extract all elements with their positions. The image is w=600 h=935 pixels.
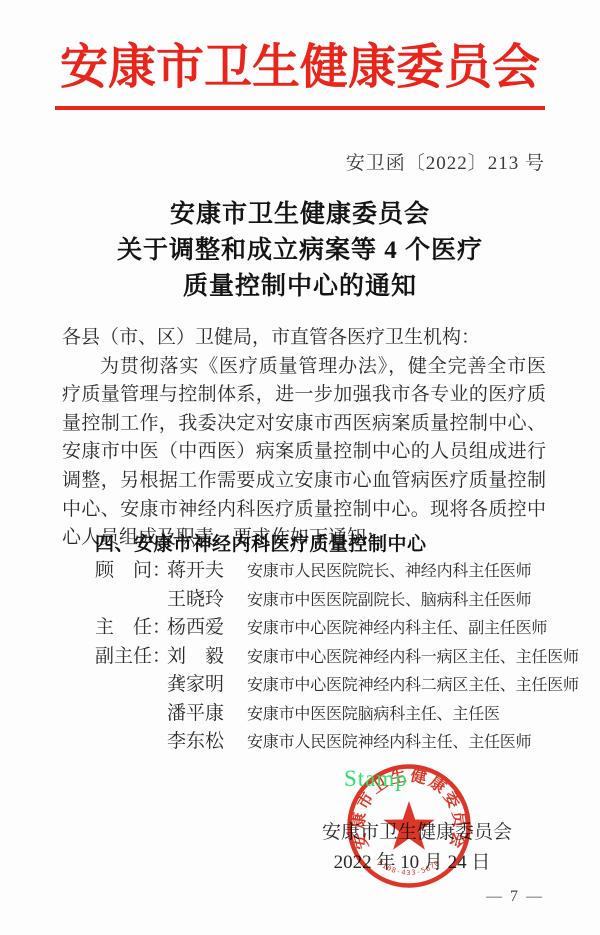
member-row: 副主任： 刘 毅 安康市中心医院神经内科一病区主任、主任医师 [95, 643, 555, 672]
member-name: 潘平康 [167, 700, 247, 729]
member-role: 顾 问： [95, 557, 167, 586]
member-role: 副主任： [95, 643, 167, 672]
seal-star-icon [383, 801, 434, 850]
member-row: 顾 问： 蒋开夫 安康市人民医院院长、神经内科主任医师 [95, 557, 555, 586]
member-desc: 安康市中心医院神经内科一病区主任、主任医师 [247, 644, 579, 673]
member-name: 王晓玲 [167, 586, 247, 615]
agency-masthead: 安康市卫生健康委员会 [0, 32, 600, 104]
document-title-line: 质量控制中心的通知 [0, 269, 600, 305]
document-reference-number: 安卫函〔2022〕213 号 [0, 148, 545, 175]
member-row: 李东松 安康市人民医院神经内科主任、主任医师 [95, 728, 555, 757]
official-document-page: 安康市卫生健康委员会 安卫函〔2022〕213 号 安康市卫生健康委员会 关于调… [0, 0, 600, 935]
member-row: 龚家明 安康市中心医院神经内科二病区主任、主任医师 [95, 671, 555, 700]
member-desc: 安康市人民医院院长、神经内科主任医师 [247, 558, 555, 587]
member-desc: 安康市中心医院神经内科主任、副主任医师 [247, 615, 555, 644]
seal-code-text: 6108-433-5670 [376, 859, 441, 877]
member-row: 王晓玲 安康市中医医院副院长、脑病科主任医师 [95, 586, 555, 615]
page-number: — 7 — [470, 888, 560, 906]
member-row: 主 任： 杨西爱 安康市中心医院神经内科主任、副主任医师 [95, 614, 555, 643]
document-title-line: 关于调整和成立病案等 4 个医疗 [0, 233, 600, 269]
member-role: 主 任： [95, 614, 167, 643]
member-desc: 安康市人民医院神经内科主任、主任医师 [247, 729, 555, 758]
member-row: 潘平康 安康市中医医院脑病科主任、主任医 [95, 700, 555, 729]
member-name: 龚家明 [167, 671, 247, 700]
masthead-divider-rule [55, 106, 545, 110]
member-desc: 安康市中心医院神经内科二病区主任、主任医师 [247, 672, 579, 701]
document-body: 各县（市、区）卫健局，市直管各医疗卫生机构： 为贯彻落实《医疗质量管理办法》，健… [62, 324, 546, 553]
member-name: 杨西爱 [167, 614, 247, 643]
document-title-line: 安康市卫生健康委员会 [0, 197, 600, 233]
member-desc: 安康市中医医院脑病科主任、主任医 [247, 701, 555, 730]
member-desc: 安康市中医医院副院长、脑病科主任医师 [247, 587, 555, 616]
member-name: 李东松 [167, 728, 247, 757]
document-title: 安康市卫生健康委员会 关于调整和成立病案等 4 个医疗 质量控制中心的通知 [0, 197, 600, 305]
section-heading: 四、安康市神经内科医疗质量控制中心 [95, 529, 555, 556]
members-list: 顾 问： 蒋开夫 安康市人民医院院长、神经内科主任医师 王晓玲 安康市中医医院副… [95, 557, 555, 757]
salutation-line: 各县（市、区）卫健局，市直管各医疗卫生机构： [62, 324, 546, 353]
member-name: 刘 毅 [167, 643, 247, 672]
body-paragraph: 为贯彻落实《医疗质量管理办法》，健全完善全市医疗质量管理与控制体系，进一步加强我… [62, 353, 546, 553]
stamp-watermark-label: Stamp [344, 766, 408, 792]
member-name: 蒋开夫 [167, 557, 247, 586]
